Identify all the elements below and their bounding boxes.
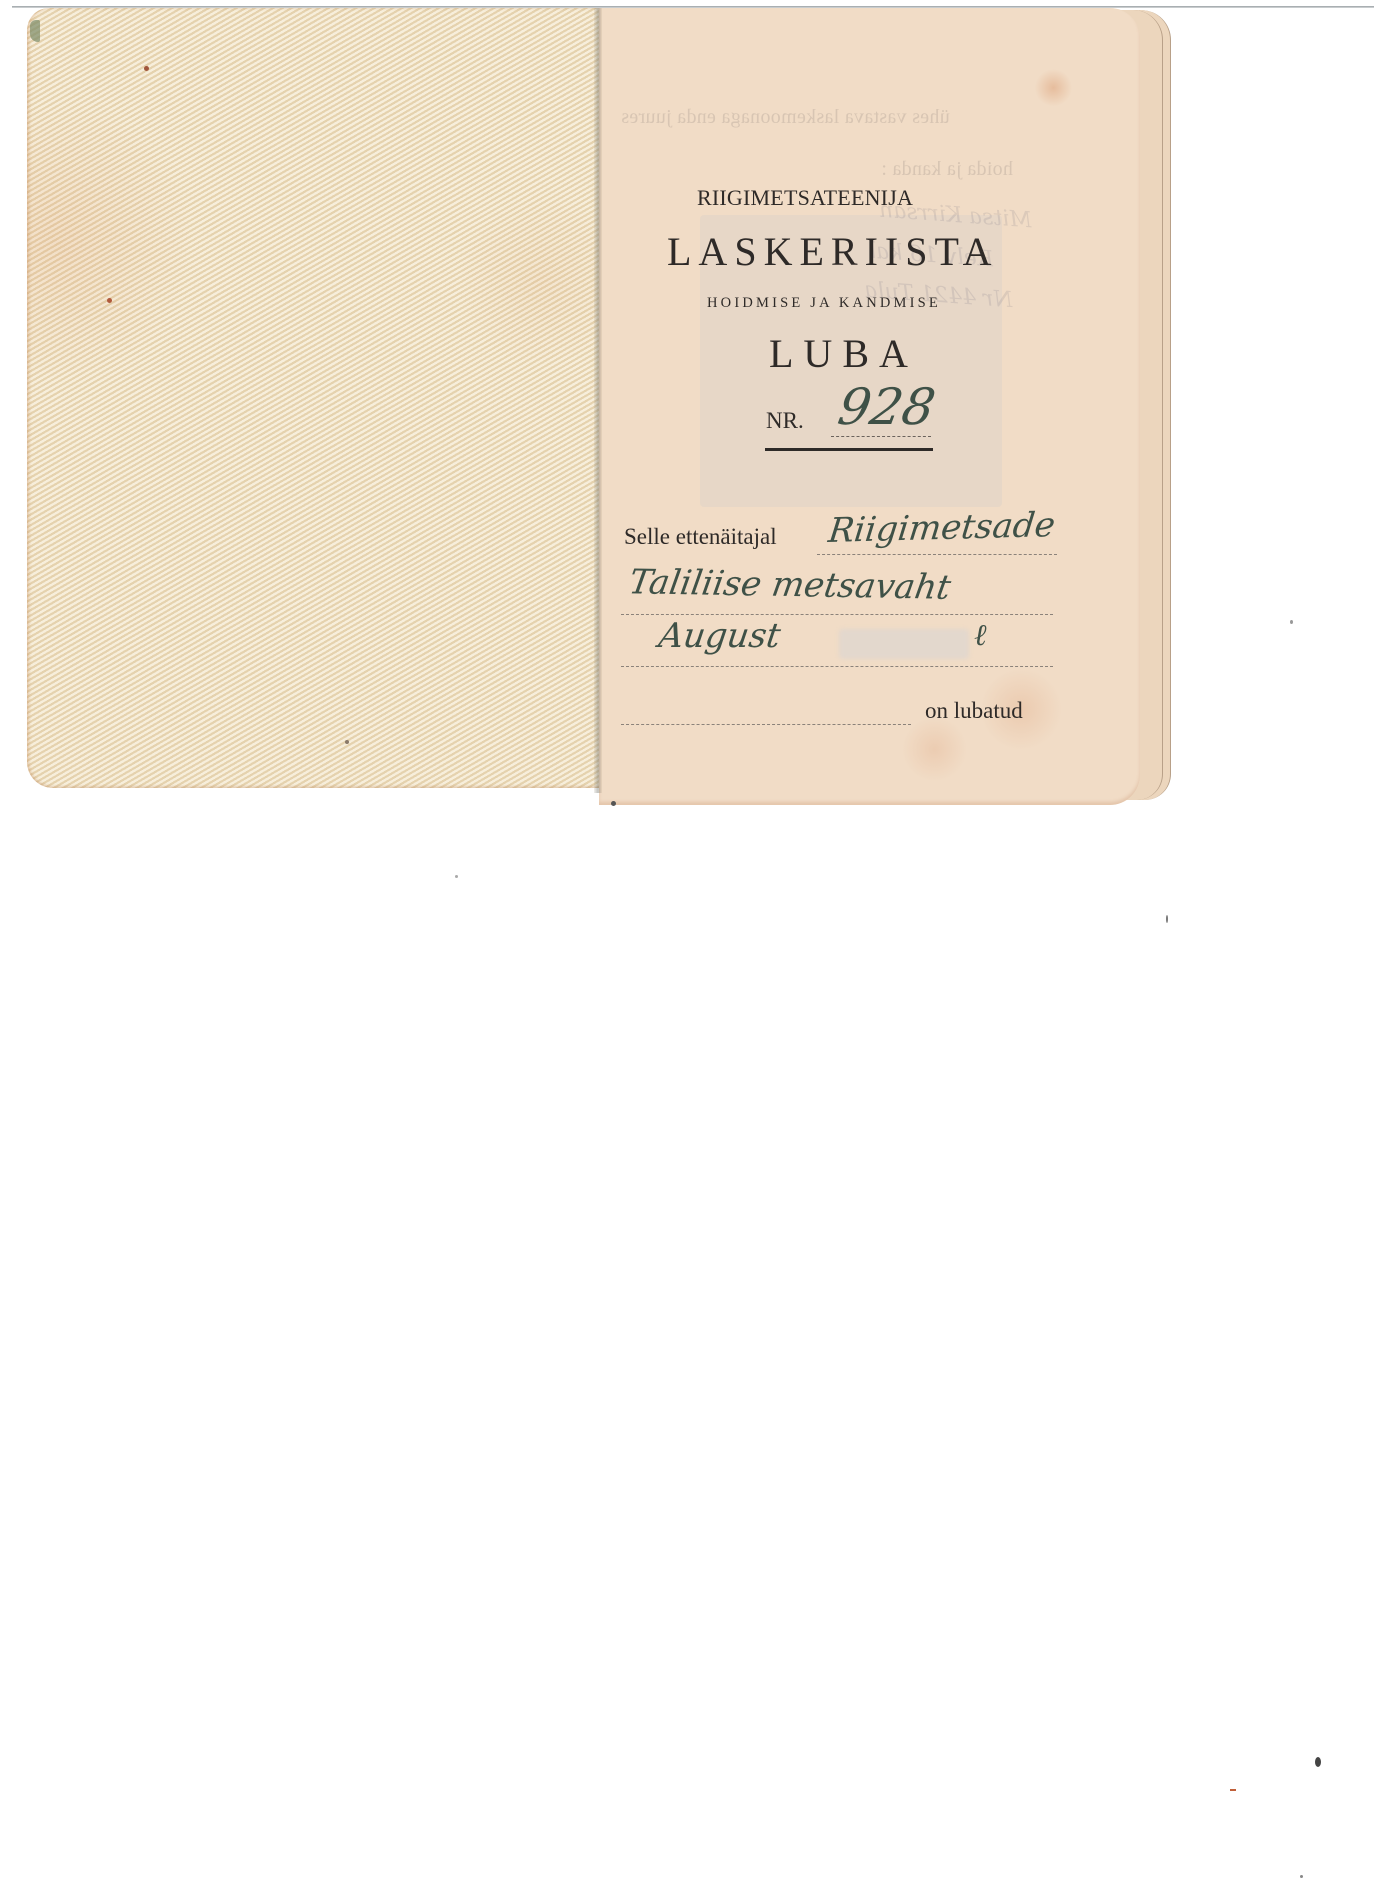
show-through-text-2: hoida ja kanda : (881, 158, 1013, 181)
number-underline (765, 448, 933, 451)
scan-speck (1290, 620, 1293, 624)
permit-title-page: ühes vastava laskemoonaga enda juures ho… (599, 8, 1140, 805)
scan-speck (1230, 1789, 1236, 1791)
redacted-surname (839, 629, 969, 659)
scan-speck (1315, 1757, 1321, 1767)
corner-wear-mark (30, 20, 40, 42)
header-weapon: LASKERIISTA (667, 228, 999, 275)
permit-number-handwritten: 928 (834, 378, 940, 436)
book-gutter (594, 8, 602, 793)
scan-speck (611, 801, 616, 806)
form-dotted-line-1 (817, 554, 1057, 555)
number-label: NR. (766, 408, 804, 434)
handwritten-line-1: Riigimetsade (826, 505, 1057, 551)
form-dotted-line-3 (621, 666, 1053, 667)
handwritten-line-3: August (656, 616, 783, 656)
bearer-label: Selle ettenäitajal (624, 524, 777, 550)
handwritten-flourish: ℓ (974, 618, 987, 653)
handwritten-line-2: Taliliise metsavaht (626, 562, 953, 608)
number-dotted-line (831, 436, 931, 437)
show-through-text-1: ühes vastava laskemoonaga enda juures (621, 106, 950, 129)
scan-speck (1166, 915, 1168, 923)
number-label-text: NR. (766, 408, 804, 433)
stain-spot (144, 66, 149, 71)
form-dotted-line-4 (621, 724, 911, 725)
allowed-label: on lubatud (925, 698, 1023, 724)
header-service: RIIGIMETSATEENIJA (697, 185, 913, 211)
stain-spot (107, 298, 112, 303)
permit-booklet: ühes vastava laskemoonaga enda juures ho… (0, 0, 1384, 830)
header-keep-carry: HOIDMISE JA KANDMISE (707, 295, 941, 312)
left-endpaper-page (27, 8, 599, 788)
header-permit: LUBA (769, 330, 918, 377)
scan-speck (455, 875, 458, 878)
scan-speck (1300, 1875, 1303, 1878)
form-dotted-line-2 (621, 614, 1053, 615)
stain-spot (345, 740, 349, 744)
